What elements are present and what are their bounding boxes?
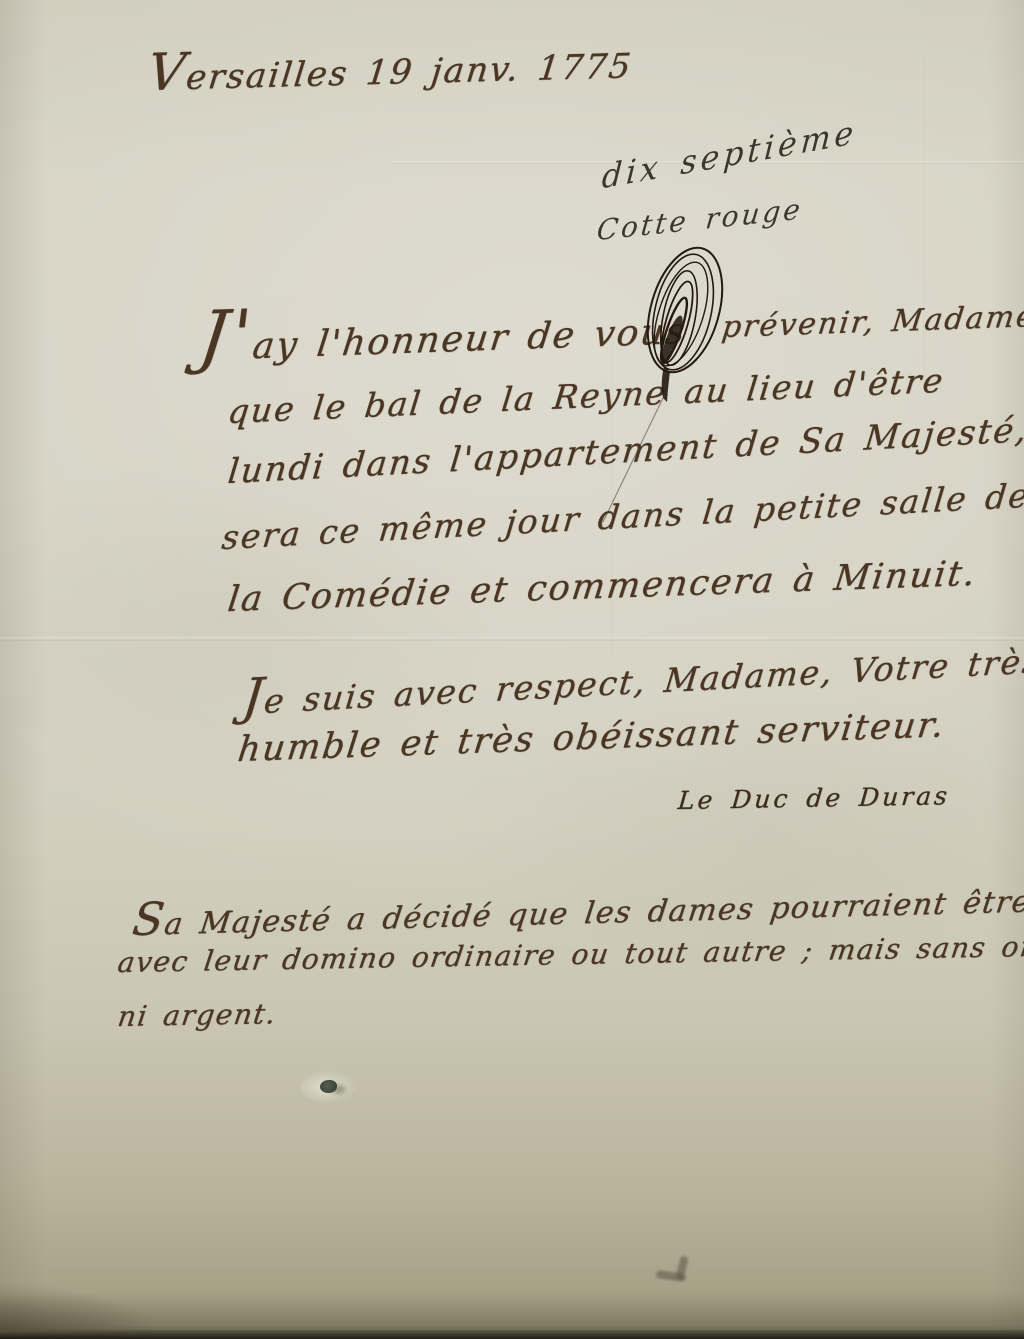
paper-bottom-edge — [0, 1330, 1024, 1339]
postscript-line-3: ni argent. — [116, 997, 279, 1033]
bottom-left-corner-shadow — [0, 1259, 230, 1339]
ink-fleck — [320, 1080, 337, 1093]
signature-duc-de-duras: Le Duc de Duras — [677, 781, 952, 815]
smudge-mark — [650, 1250, 706, 1290]
letter-photograph: Versailles 19 janv. 1775 dix septième Co… — [0, 0, 1024, 1339]
